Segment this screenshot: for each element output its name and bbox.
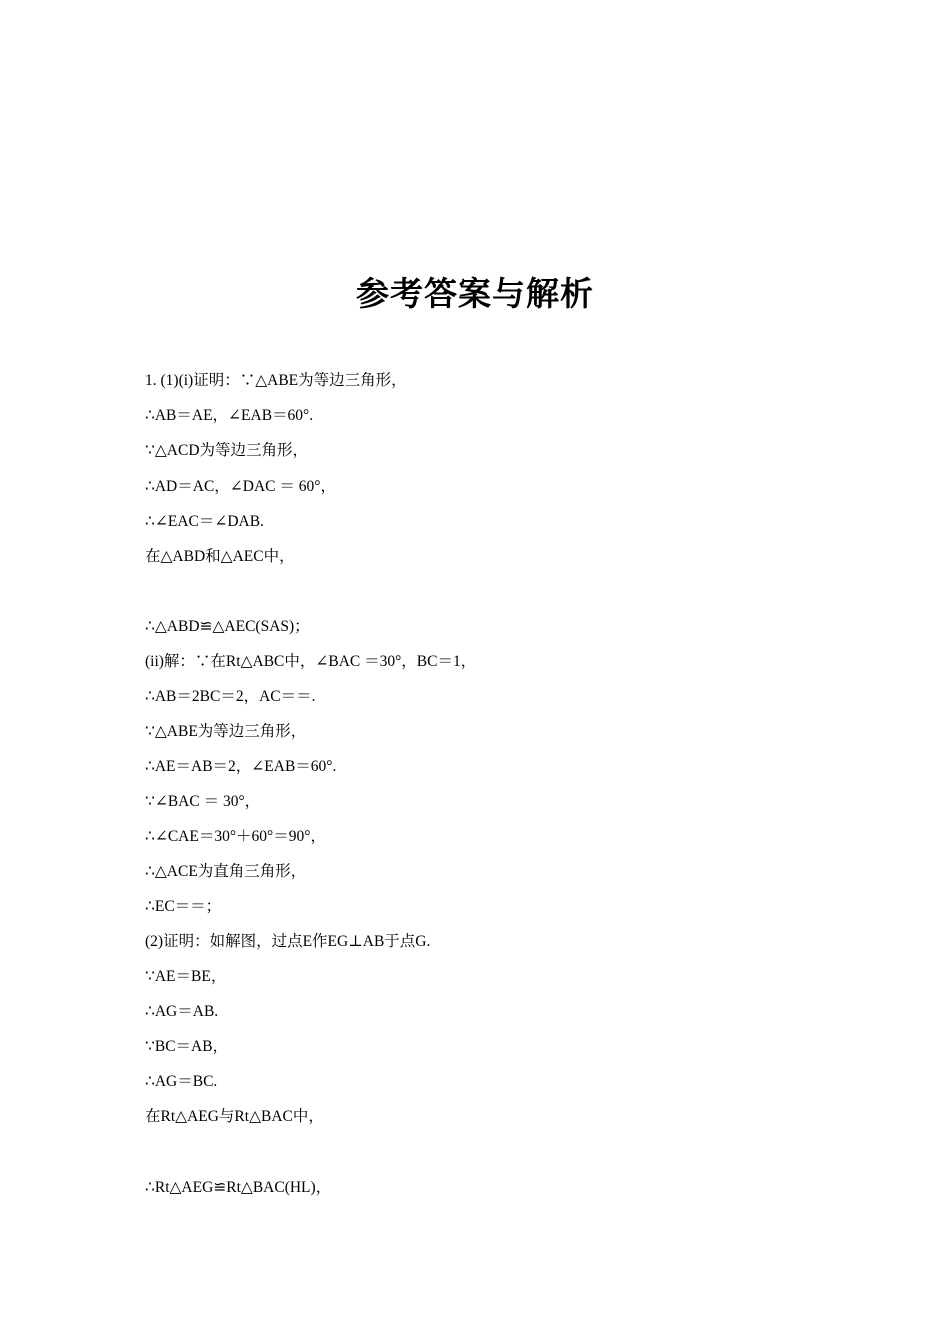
solution-line: ∴AB＝AE，∠EAB＝60°. xyxy=(145,406,313,426)
solution-line: 1. (1)(i)证明：∵△ABE为等边三角形， xyxy=(145,371,407,391)
solution-line: ∴AE＝AB＝2，∠EAB＝60°. xyxy=(145,757,336,777)
solution-line: (2)证明：如解图，过点E作EG⊥AB于点G. xyxy=(145,932,430,952)
solution-line: ∵BC＝AB， xyxy=(145,1037,228,1057)
solution-line: ∴AG＝BC. xyxy=(145,1072,217,1092)
solution-line: ∵△ACD为等边三角形， xyxy=(145,441,308,461)
solution-line: ∴AB＝2BC＝2，AC＝＝. xyxy=(145,687,315,707)
solution-line: ∵∠BAC ＝ 30°， xyxy=(145,792,260,812)
page-title: 参考答案与解析 xyxy=(0,268,950,315)
solution-line: 在Rt△AEG与Rt△BAC中， xyxy=(145,1107,324,1127)
solution-line: ∴∠CAE＝30°＋60°＝90°， xyxy=(145,827,326,847)
solution-line: ∵AE＝BE， xyxy=(145,967,226,987)
solution-line: ∴∠EAC＝∠DAB. xyxy=(145,512,264,532)
solution-line: ∴AG＝AB. xyxy=(145,1002,218,1022)
solution-line: ∴△ACE为直角三角形， xyxy=(145,862,306,882)
solution-line: 在△ABD和△AEC中， xyxy=(145,547,295,567)
solution-line: ∵△ABE为等边三角形， xyxy=(145,722,306,742)
solution-line: ∴△ABD≌△AEC(SAS)； xyxy=(145,617,310,637)
solution-line: ∴Rt△AEG≌Rt△BAC(HL)， xyxy=(145,1178,331,1198)
solution-line: ∴AD＝AC，∠DAC ＝ 60°， xyxy=(145,477,336,497)
solution-line: (ii)解：∵在Rt△ABC中，∠BAC ＝30°，BC＝1， xyxy=(145,652,476,672)
solution-line: ∴EC＝＝； xyxy=(145,897,221,917)
